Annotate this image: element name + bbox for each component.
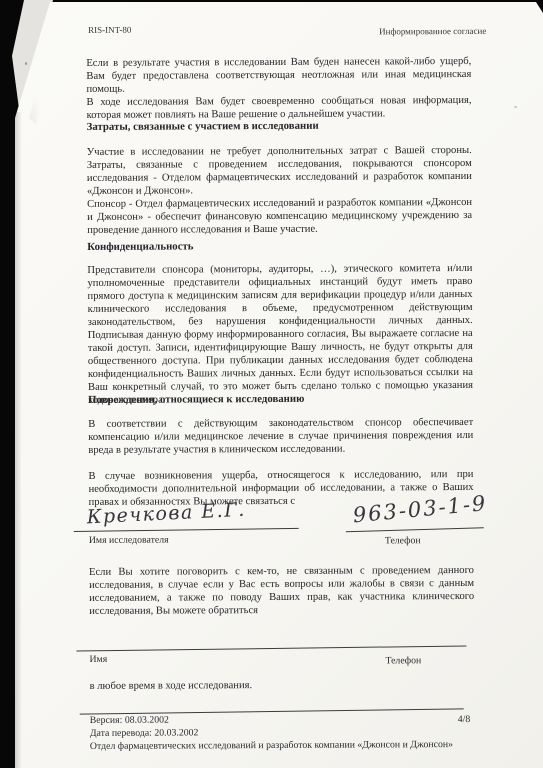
document-title: Информированное согласие xyxy=(379,26,486,37)
contact-phone-label: Телефон xyxy=(385,655,421,666)
contact-name-label: Имя xyxy=(89,654,107,665)
paragraph: Если в результате участия в исследовании… xyxy=(86,55,471,96)
paragraph: Представители спонсора (мониторы, аудито… xyxy=(87,262,473,407)
paragraph: Участие в исследовании не требует дополн… xyxy=(87,144,472,198)
footer-block: Версия: 08.03.2002 Дата перевода: 20.03.… xyxy=(90,712,490,753)
investigator-name-line xyxy=(74,528,299,532)
section-heading-injury: Повреждения, относящиеся к исследованию xyxy=(88,392,473,407)
section-injury-body: В соответствии с действующим законодател… xyxy=(88,416,473,509)
paragraph: Спонсор - Отдел фармацевтических исследо… xyxy=(87,196,472,237)
section-confidentiality-body: Представители спонсора (мониторы, аудито… xyxy=(87,262,473,407)
intro-paragraphs: Если в результате участия в исследовании… xyxy=(86,55,471,122)
contact-name-line xyxy=(76,645,466,651)
page-number: 4/8 xyxy=(458,713,471,726)
investigator-phone-line xyxy=(346,527,484,532)
section-costs-body: Участие в исследовании не требует дополн… xyxy=(87,144,472,237)
scanned-page: RIS-INT-80 Информированное согласие Если… xyxy=(0,0,543,768)
investigator-phone-label: Телефон xyxy=(385,535,421,546)
document-code: RIS-INT-80 xyxy=(88,25,131,35)
contact-paragraph: Если Вы хотите поговорить с кем-то, не с… xyxy=(89,564,474,618)
page-content: RIS-INT-80 Информированное согласие Если… xyxy=(0,0,543,768)
section-heading-confidentiality: Конфиденциальность xyxy=(87,239,472,254)
anytime-line: в любое время в ходе исследования. xyxy=(90,678,475,693)
paragraph: В ходе исследования Вам будет своевремен… xyxy=(86,94,471,122)
investigator-name-label: Имя исследователя xyxy=(89,535,169,546)
section-heading-costs: Затраты, связанные с участием в исследов… xyxy=(87,119,472,134)
footer-department: Отдел фармацевтических исследований и ра… xyxy=(90,738,490,753)
paragraph: В соответствии с действующим законодател… xyxy=(88,416,473,457)
